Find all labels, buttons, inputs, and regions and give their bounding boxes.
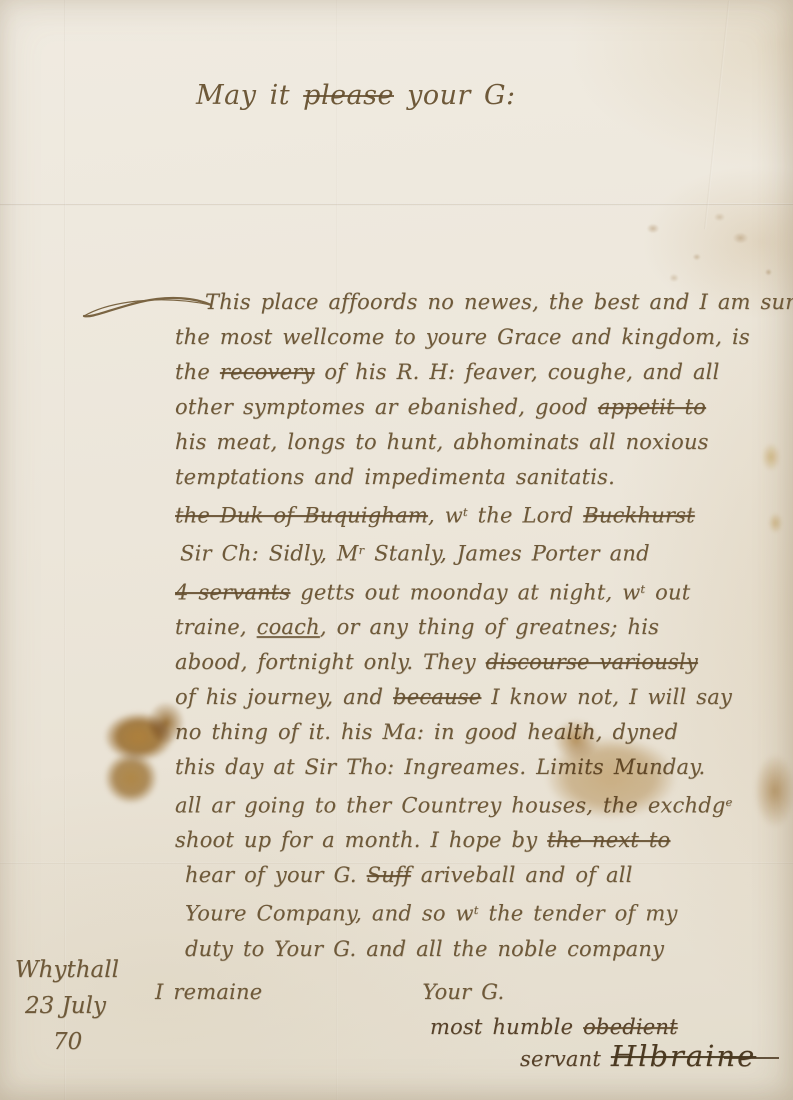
text-segment: ariveball and of all — [411, 863, 633, 887]
text-segment: , w — [428, 503, 463, 527]
letter-line: no thing of it. his Ma: in good health, … — [175, 715, 793, 750]
text-segment: coach — [257, 615, 320, 639]
text-segment: Sir Ch: Sidly, M — [180, 542, 359, 566]
text-segment: hear of your G. — [185, 863, 367, 887]
signature: Hlbraine — [611, 1039, 779, 1073]
text-segment: the Lord — [468, 503, 584, 527]
text-segment: e — [726, 795, 733, 809]
text-segment: I know not, I will say — [481, 685, 732, 709]
struck-text: discourse variously — [486, 650, 698, 674]
letter-line: of his journey, and because I know not, … — [175, 680, 793, 715]
dateline-place: Whythall — [15, 952, 119, 988]
letter-line: all ar going to ther Countrey houses, th… — [175, 785, 793, 823]
letter-page: May it please your G: This place affoord… — [0, 0, 793, 1100]
letter-line: This place affoords no newes, the best a… — [205, 285, 793, 320]
letter-line: other symptomes ar ebanished, good appet… — [175, 390, 793, 425]
letter-line: his meat, longs to hunt, abhominats all … — [175, 425, 793, 460]
struck-text: appetit to — [598, 395, 706, 419]
ink-stain-left — [96, 712, 174, 774]
text-segment: of his journey, and — [175, 685, 393, 709]
text-segment: I remaine — [155, 980, 262, 1004]
fold-crease-vertical — [64, 0, 66, 1100]
text-segment: This place affoords no newes, the best a… — [205, 290, 793, 314]
letter-line: Sir Ch: Sidly, Mr Stanly, James Porter a… — [180, 533, 793, 571]
letter-salutation: May it please your G: — [196, 80, 516, 111]
text-segment: the tender of my — [479, 902, 678, 926]
text-segment: of his R. H: feaver, coughe, and all — [315, 360, 720, 384]
struck-text: 4 servants — [175, 580, 290, 604]
letter-line: the most wellcome to youre Grace and kin… — [175, 320, 793, 355]
letter-line: Youre Company, and so wt the tender of m… — [185, 893, 793, 931]
letter-line: the recovery of his R. H: feaver, coughe… — [175, 355, 793, 390]
text-segment: other symptomes ar ebanished, good — [175, 395, 598, 419]
text-segment: shoot up for a month. I hope by — [175, 828, 547, 852]
letter-line: abood, fortnight only. They discourse va… — [175, 645, 793, 680]
dateline-year: 70 — [53, 1024, 119, 1060]
text-segment: out — [645, 580, 690, 604]
struck-text: the Duk of Buquigham — [175, 503, 428, 527]
struck-text: recovery — [220, 360, 315, 384]
text-segment: duty to Your G. and all the noble compan… — [185, 937, 664, 961]
text-segment: the most wellcome to youre Grace and kin… — [175, 325, 750, 349]
fold-crease-horizontal — [0, 203, 793, 206]
text-segment: this day at Sir Tho: Ingreames. Limits M… — [175, 755, 705, 779]
letter-line: temptations and impedimenta sanitatis. — [175, 460, 793, 495]
text-segment: Youre Company, and so w — [185, 902, 474, 926]
struck-text: obedient — [583, 1015, 678, 1039]
text-segment: no thing of it. his Ma: in good health, … — [175, 720, 678, 744]
struck-text: please — [303, 80, 394, 111]
letter-line: the Duk of Buquigham, wt the Lord Buckhu… — [175, 495, 793, 533]
struck-text: Suff — [367, 863, 411, 887]
text-segment: , or any thing of greatnes; his — [320, 615, 659, 639]
text-segment: Your G. — [422, 980, 504, 1004]
fold-crease-corner — [704, 1, 730, 230]
struck-text: Buckhurst — [583, 503, 695, 527]
text-segment: May it — [196, 80, 303, 111]
letter-line: hear of your G. Suff ariveball and of al… — [185, 858, 793, 893]
letter-line: I remaineYour G. — [155, 975, 793, 1010]
text-segment: Stanly, James Porter and — [364, 542, 649, 566]
text-segment: your G: — [394, 80, 516, 111]
text-segment: temptations and impedimenta sanitatis. — [175, 465, 615, 489]
text-segment: traine, — [175, 615, 257, 639]
struck-text: the next to — [547, 828, 670, 852]
text-segment: most humble — [430, 1015, 583, 1039]
struck-text: because — [393, 685, 481, 709]
text-segment: his meat, longs to hunt, abhominats all … — [175, 430, 709, 454]
text-segment: abood, fortnight only. They — [175, 650, 486, 674]
dateline-date: 23 July — [25, 988, 119, 1024]
letter-line: 4 servants getts out moonday at night, w… — [175, 572, 793, 610]
letter-line: shoot up for a month. I hope by the next… — [175, 823, 793, 858]
text-segment: all ar going to ther Countrey houses, th… — [175, 793, 726, 817]
text-segment: the — [175, 360, 220, 384]
dateline: Whythall 23 July 70 — [15, 952, 119, 1060]
text-segment: getts out moonday at night, w — [290, 580, 640, 604]
ink-stain-left — [104, 752, 164, 810]
closing-servant: servant — [520, 1047, 611, 1071]
letter-line: servant Hlbraine — [520, 1039, 793, 1077]
letter-line: this day at Sir Tho: Ingreames. Limits M… — [175, 750, 793, 785]
letter-line: traine, coach, or any thing of greatnes;… — [175, 610, 793, 645]
letter-body: This place affoords no newes, the best a… — [175, 285, 793, 1077]
letter-line: duty to Your G. and all the noble compan… — [185, 932, 793, 967]
